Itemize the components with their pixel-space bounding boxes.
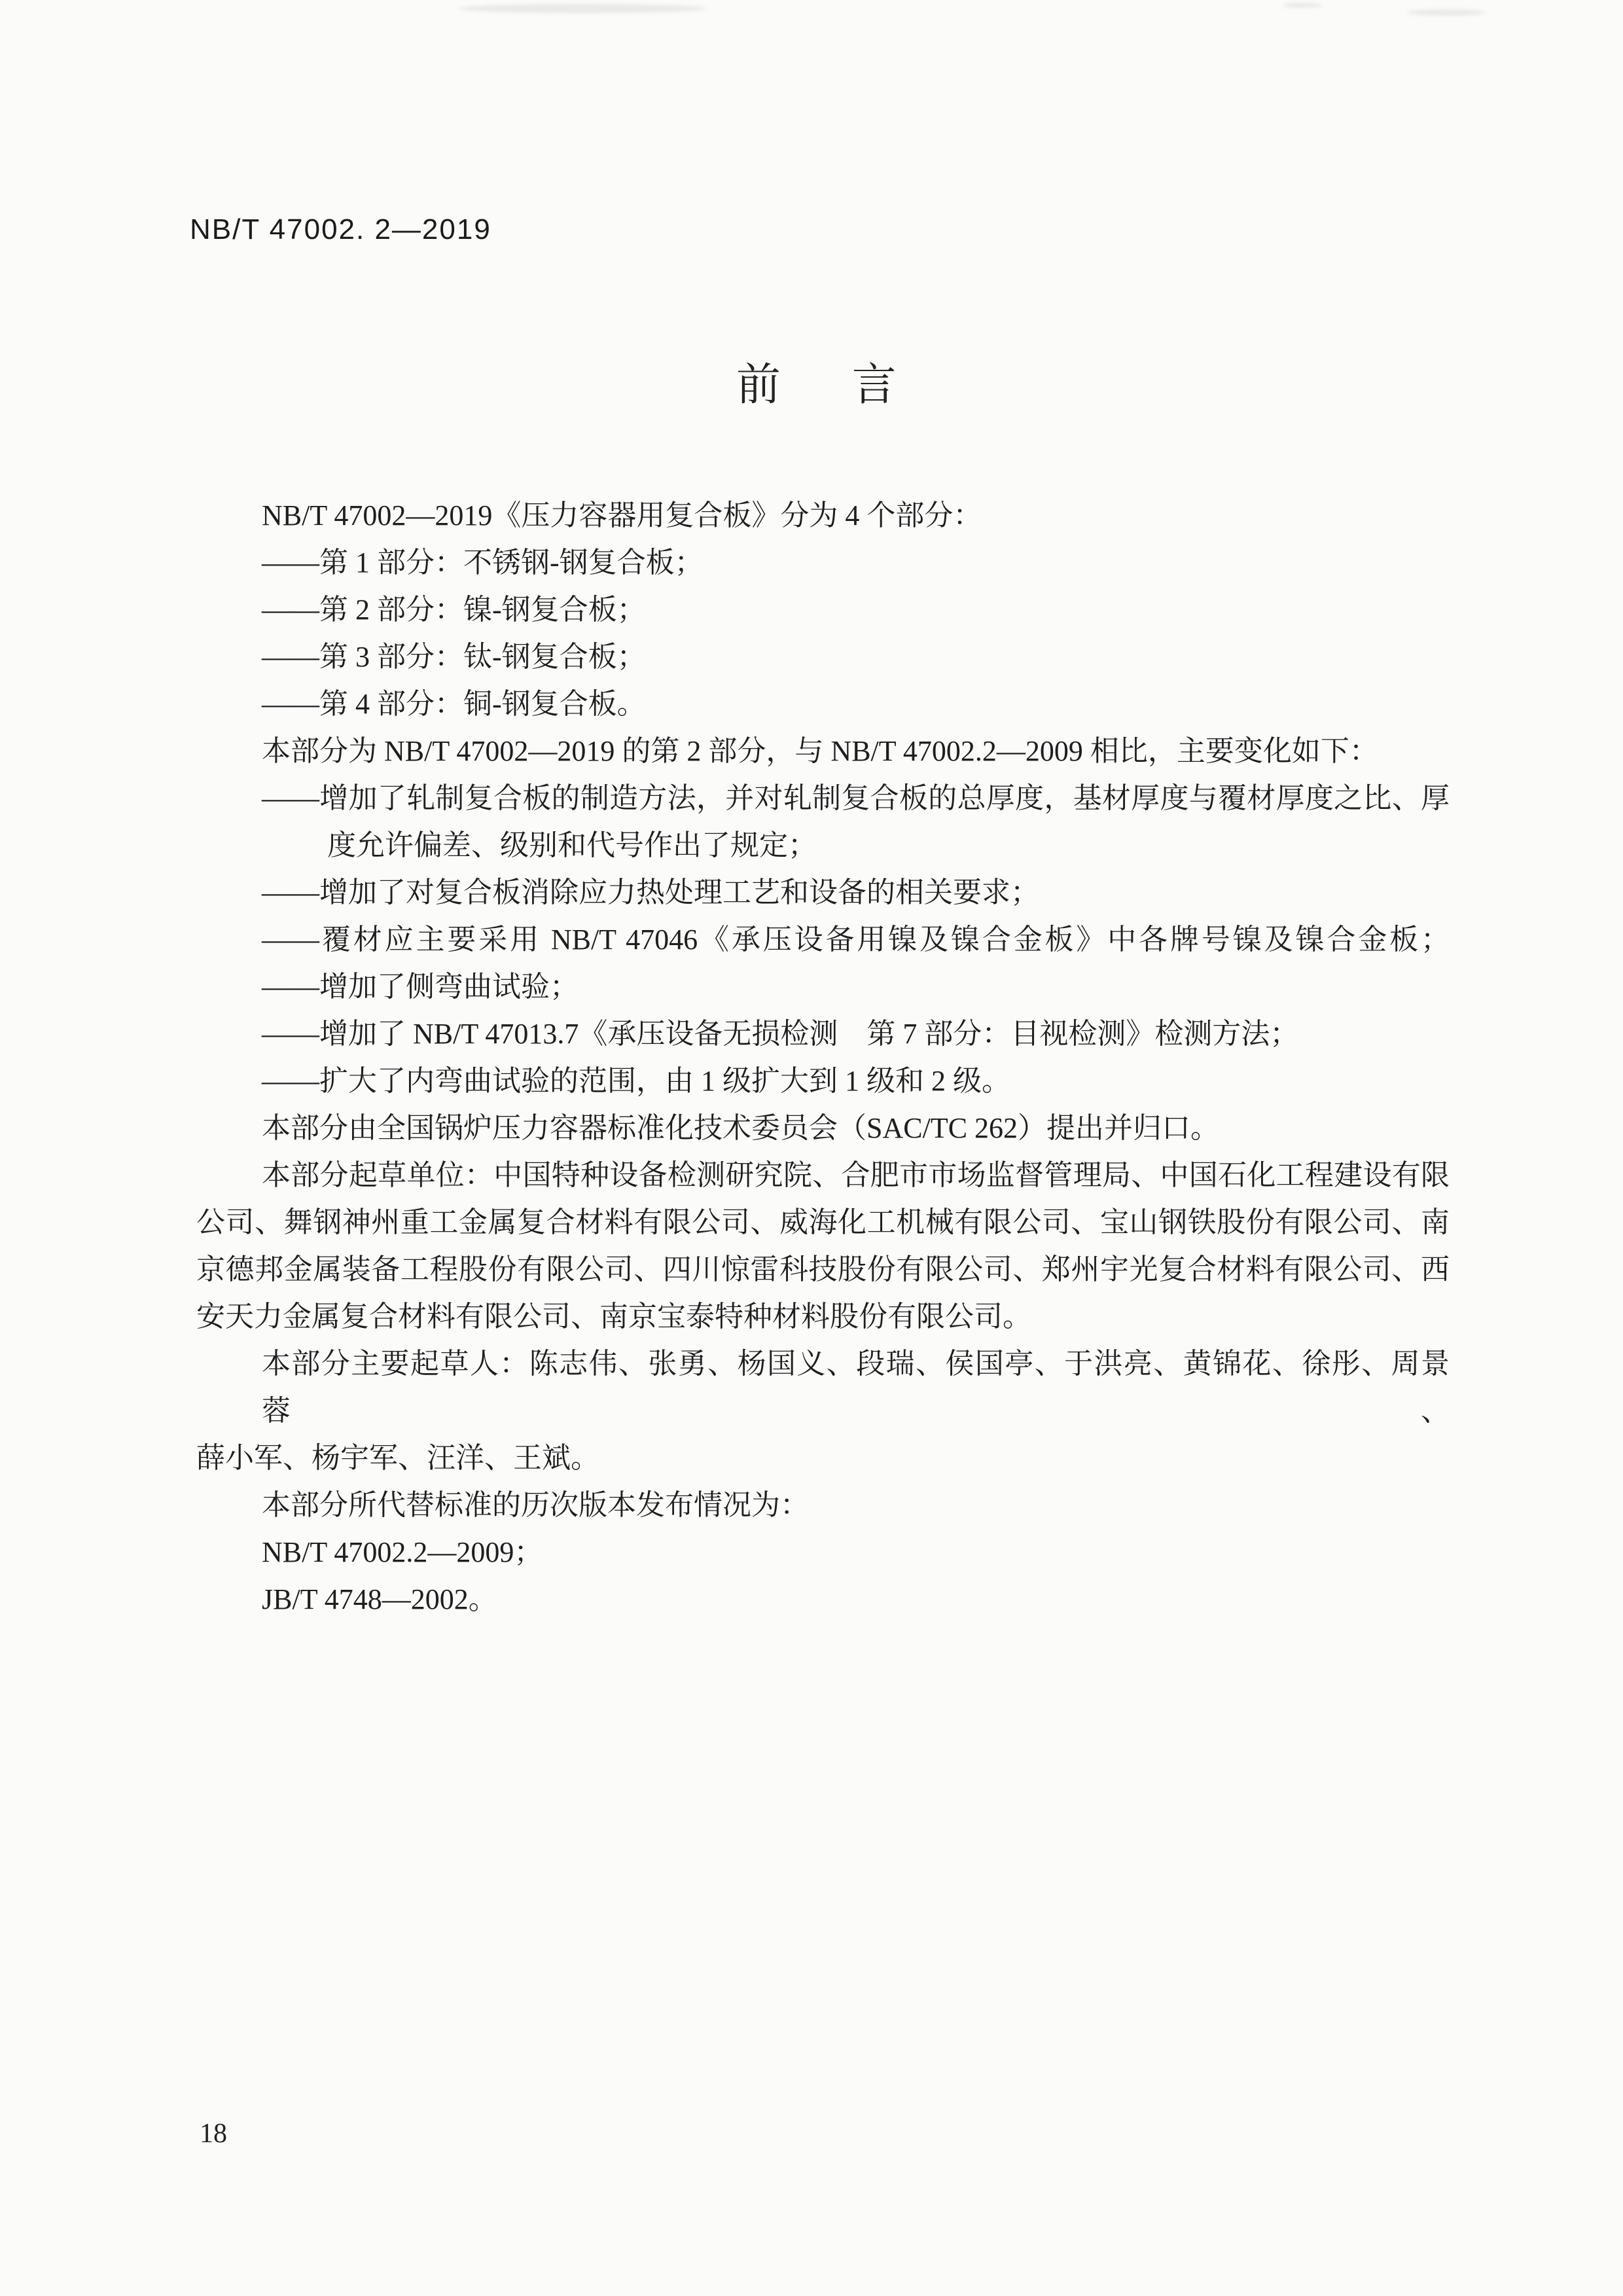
foreword-line: ——增加了 NB/T 47013.7《承压设备无损检测 第 7 部分：目视检测》… <box>196 1011 1450 1058</box>
foreword-line: 薛小军、杨宇军、汪洋、王斌。 <box>196 1435 1450 1482</box>
foreword-line: 本部分起草单位：中国特种设备检测研究院、合肥市市场监督管理局、中国石化工程建设有… <box>196 1152 1450 1199</box>
scan-artifact <box>458 4 707 13</box>
scan-artifact <box>1283 3 1322 8</box>
foreword-line: ——增加了轧制复合板的制造方法，并对轧制复合板的总厚度，基材厚度与覆材厚度之比、… <box>196 775 1450 822</box>
foreword-title: 前 言 <box>196 350 1450 413</box>
foreword-line: 度允许偏差、级别和代号作出了规定； <box>196 822 1450 869</box>
foreword-line: ——第 2 部分：镍-钢复合板； <box>196 586 1450 634</box>
foreword-line: 公司、舞钢神州重工金属复合材料有限公司、威海化工机械有限公司、宝山钢铁股份有限公… <box>196 1199 1450 1246</box>
foreword-line: 京德邦金属装备工程股份有限公司、四川惊雷科技股份有限公司、郑州宇光复合材料有限公… <box>196 1246 1450 1293</box>
foreword-line: ——第 1 部分：不锈钢-钢复合板； <box>196 539 1450 586</box>
foreword-line: ——第 4 部分：铜-钢复合板。 <box>196 681 1450 728</box>
standard-number-header: NB/T 47002. 2—2019 <box>190 213 491 246</box>
foreword-line: 本部分所代替标准的历次版本发布情况为： <box>196 1482 1450 1529</box>
foreword-line: NB/T 47002.2—2009； <box>196 1529 1450 1576</box>
foreword-line: ——增加了对复合板消除应力热处理工艺和设备的相关要求； <box>196 869 1450 916</box>
document-page: NB/T 47002. 2—2019 前 言 NB/T 47002—2019《压… <box>0 0 1623 2296</box>
scan-artifact <box>1407 9 1486 16</box>
foreword-line: ——覆材应主要采用 NB/T 47046《承压设备用镍及镍合金板》中各牌号镍及镍… <box>196 916 1450 963</box>
foreword-line: ——增加了侧弯曲试验； <box>196 963 1450 1011</box>
foreword-line: 本部分主要起草人：陈志伟、张勇、杨国义、段瑞、侯国亭、于洪亮、黄锦花、徐彤、周景… <box>196 1340 1450 1435</box>
foreword-line: 本部分由全国锅炉压力容器标准化技术委员会（SAC/TC 262）提出并归口。 <box>196 1105 1450 1152</box>
foreword-body: NB/T 47002—2019《压力容器用复合板》分为 4 个部分：——第 1 … <box>196 492 1450 1623</box>
page-number: 18 <box>200 2118 227 2149</box>
foreword-line: ——扩大了内弯曲试验的范围，由 1 级扩大到 1 级和 2 级。 <box>196 1058 1450 1105</box>
foreword-line: ——第 3 部分：钛-钢复合板； <box>196 634 1450 681</box>
foreword-line: 本部分为 NB/T 47002—2019 的第 2 部分，与 NB/T 4700… <box>196 728 1450 775</box>
foreword-line: JB/T 4748—2002。 <box>196 1576 1450 1623</box>
foreword-line: NB/T 47002—2019《压力容器用复合板》分为 4 个部分： <box>196 492 1450 539</box>
foreword-line: 安天力金属复合材料有限公司、南京宝泰特种材料股份有限公司。 <box>196 1293 1450 1340</box>
